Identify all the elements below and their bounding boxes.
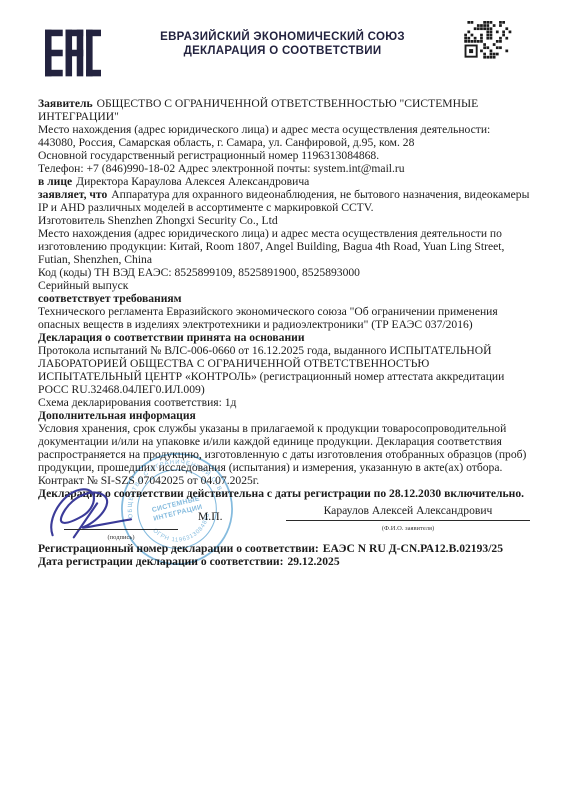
applicant-value: ОБЩЕСТВО С ОГРАНИЧЕННОЙ ОТВЕТСТВЕННОСТЬЮ… (38, 97, 478, 123)
declares-label: заявляет, что (38, 188, 107, 201)
declarant-name-caption: (Ф.И.О. заявителя) (286, 522, 530, 535)
declaration-page: ЕВРАЗИЙСКИЙ ЭКОНОМИЧЕСКИЙ СОЮЗ ДЕКЛАРАЦИ… (0, 0, 565, 800)
in-person-label: в лице (38, 175, 72, 188)
eac-logo (45, 29, 101, 77)
complies-heading: соответствует требованиям (38, 292, 530, 305)
basis-heading: Декларация о соответствии принята на осн… (38, 331, 530, 344)
title-union: ЕВРАЗИЙСКИЙ ЭКОНОМИЧЕСКИЙ СОЮЗ (100, 31, 465, 45)
in-person-value: Директора Караулова Алексея Александрови… (76, 175, 309, 188)
signature-block: (подпись) М.П. Караулов Алексей Александ… (38, 502, 530, 542)
manufacturer-line: Изготовитель Shenzhen Zhongxi Security C… (38, 214, 530, 227)
applicant-line: ЗаявительОБЩЕСТВО С ОГРАНИЧЕННОЙ ОТВЕТСТ… (38, 97, 530, 123)
declares-line: заявляет, чтоАппаратура для охранного ви… (38, 188, 530, 214)
declarant-name-rule (286, 520, 530, 521)
contact-line: Телефон: +7 (846)990-18-02 Адрес электро… (38, 162, 530, 175)
ogrn-line: Основной государственный регистрационный… (38, 149, 530, 162)
tnved-line: Код (коды) ТН ВЭД ЕАЭС: 8525899109, 8525… (38, 266, 530, 279)
additional-heading: Дополнительная информация (38, 409, 530, 422)
scheme-line: Схема декларирования соответствия: 1д (38, 396, 530, 409)
title-declaration: ДЕКЛАРАЦИЯ О СООТВЕТСТВИИ (100, 45, 465, 59)
registration-date-line: Дата регистрации декларации о соответств… (38, 555, 530, 568)
registration-number-value: ЕАЭС N RU Д-CN.РА12.В.02193/25 (323, 542, 503, 555)
basis-text: Протокола испытаний № ВЛС-006-0660 от 16… (38, 344, 530, 396)
in-person-line: в лицеДиректора Караулова Алексея Алекса… (38, 175, 530, 188)
qr-code-icon (464, 21, 512, 59)
complies-text: Технического регламента Евразийского эко… (38, 305, 530, 331)
document-title: ЕВРАЗИЙСКИЙ ЭКОНОМИЧЕСКИЙ СОЮЗ ДЕКЛАРАЦИ… (100, 31, 465, 58)
applicant-label: Заявитель (38, 97, 93, 110)
declaration-body: ЗаявительОБЩЕСТВО С ОГРАНИЧЕННОЙ ОТВЕТСТ… (38, 97, 530, 568)
manufacturer-address: Место нахождения (адрес юридического лиц… (38, 227, 530, 266)
serial-line: Серийный выпуск (38, 279, 530, 292)
declarant-name: Караулов Алексей Александрович (286, 504, 530, 517)
applicant-address: Место нахождения (адрес юридического лиц… (38, 123, 530, 149)
declares-value: Аппаратура для охранного видеонаблюдения… (38, 188, 529, 214)
registration-date-value: 29.12.2025 (287, 555, 339, 568)
